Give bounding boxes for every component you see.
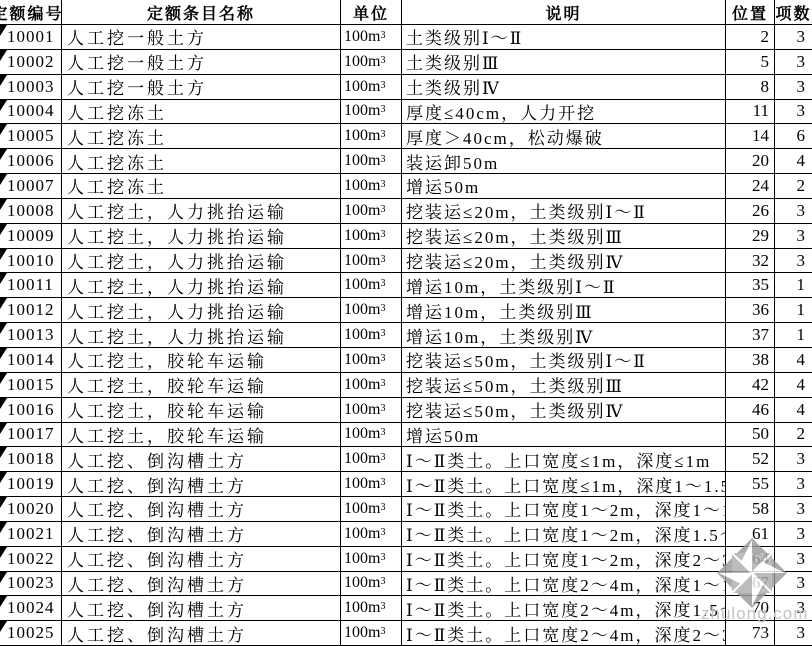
unit-cell: 100m3 — [341, 100, 402, 124]
quota-code-cell: 10025 — [0, 621, 62, 645]
table-row: 10019 人工挖、倒沟槽土方 100m3 Ⅰ～Ⅱ类土。上口宽度≤1m，深度1～… — [0, 472, 812, 497]
count-cell: 4 — [775, 149, 812, 173]
column-header-unit-label: 单位 — [353, 1, 389, 24]
description-cell: 挖装运≤50m，土类级别Ⅲ — [402, 373, 726, 397]
position-cell: 61 — [726, 522, 775, 546]
position-cell: 36 — [726, 298, 775, 322]
description-cell: 厚度≤40cm，人力开挖 — [402, 100, 726, 124]
count-cell: 3 — [775, 100, 812, 124]
unit-cell: 100m3 — [341, 249, 402, 273]
quota-name-cell: 人工挖一般土方 — [62, 50, 341, 74]
quota-code-cell: 10018 — [0, 447, 62, 471]
column-header-count: 项数 — [775, 0, 812, 24]
position-cell: 64 — [726, 547, 775, 571]
description-cell: Ⅰ～Ⅱ类土。上口宽度2～4m，深度1.5～2m — [402, 596, 726, 620]
count-cell: 3 — [775, 621, 812, 645]
unit-cell: 100m3 — [341, 25, 402, 49]
table-row: 10008 人工挖土，人力挑抬运输 100m3 挖装运≤20m，土类级别Ⅰ～Ⅱ … — [0, 199, 812, 224]
column-header-name: 定额条目名称 — [62, 0, 341, 24]
quota-code-cell: 10016 — [0, 398, 62, 422]
position-cell: 14 — [726, 124, 775, 148]
count-cell: 3 — [775, 547, 812, 571]
unit-cell: 100m3 — [341, 423, 402, 447]
unit-cell: 100m3 — [341, 149, 402, 173]
quota-name-cell: 人工挖土，胶轮车运输 — [62, 398, 341, 422]
unit-cell: 100m3 — [341, 75, 402, 99]
description-cell: 挖装运≤20m，土类级别Ⅰ～Ⅱ — [402, 199, 726, 223]
table-row: 10020 人工挖、倒沟槽土方 100m3 Ⅰ～Ⅱ类土。上口宽度1～2m，深度1… — [0, 497, 812, 522]
table-row: 10021 人工挖、倒沟槽土方 100m3 Ⅰ～Ⅱ类土。上口宽度1～2m，深度1… — [0, 522, 812, 547]
quota-name-cell: 人工挖土，人力挑抬运输 — [62, 249, 341, 273]
table-row: 10012 人工挖土，人力挑抬运输 100m3 增运10m，土类级别Ⅲ 36 1 — [0, 298, 812, 323]
count-cell: 3 — [775, 249, 812, 273]
count-cell: 3 — [775, 447, 812, 471]
count-cell: 1 — [775, 298, 812, 322]
quota-code-cell: 10004 — [0, 100, 62, 124]
count-cell: 1 — [775, 273, 812, 297]
position-cell: 35 — [726, 273, 775, 297]
table-row: 10011 人工挖土，人力挑抬运输 100m3 增运10m，土类级别Ⅰ～Ⅱ 35… — [0, 273, 812, 298]
unit-cell: 100m3 — [341, 224, 402, 248]
quota-name-cell: 人工挖土，人力挑抬运输 — [62, 199, 341, 223]
description-cell: Ⅰ～Ⅱ类土。上口宽度≤1m，深度≤1m — [402, 447, 726, 471]
description-cell: 装运卸50m — [402, 149, 726, 173]
table-row: 10004 人工挖冻土 100m3 厚度≤40cm，人力开挖 11 3 — [0, 100, 812, 125]
table-row: 10013 人工挖土，人力挑抬运输 100m3 增运10m，土类级别Ⅳ 37 1 — [0, 323, 812, 348]
table-row: 10015 人工挖土，胶轮车运输 100m3 挖装运≤50m，土类级别Ⅲ 42 … — [0, 373, 812, 398]
count-cell: 3 — [775, 596, 812, 620]
description-cell: Ⅰ～Ⅱ类土。上口宽度≤1m，深度1～1.5m — [402, 472, 726, 496]
quota-code-cell: 10010 — [0, 249, 62, 273]
unit-cell: 100m3 — [341, 273, 402, 297]
unit-cell: 100m3 — [341, 323, 402, 347]
count-cell: 3 — [775, 572, 812, 596]
count-cell: 4 — [775, 398, 812, 422]
unit-cell: 100m3 — [341, 373, 402, 397]
quota-code-cell: 10021 — [0, 522, 62, 546]
unit-cell: 100m3 — [341, 621, 402, 645]
position-cell: 29 — [726, 224, 775, 248]
count-cell: 3 — [775, 25, 812, 49]
unit-cell: 100m3 — [341, 298, 402, 322]
quota-name-cell: 人工挖冻土 — [62, 149, 341, 173]
column-header-position-label: 位置 — [732, 1, 768, 24]
position-cell: 58 — [726, 497, 775, 521]
quota-name-cell: 人工挖土，胶轮车运输 — [62, 348, 341, 372]
description-cell: 增运10m，土类级别Ⅳ — [402, 323, 726, 347]
count-cell: 3 — [775, 199, 812, 223]
table-row: 10010 人工挖土，人力挑抬运输 100m3 挖装运≤20m，土类级别Ⅳ 32… — [0, 249, 812, 274]
count-cell: 1 — [775, 323, 812, 347]
quota-name-cell: 人工挖冻土 — [62, 124, 341, 148]
count-cell: 3 — [775, 224, 812, 248]
description-cell: 土类级别Ⅰ～Ⅱ — [402, 25, 726, 49]
description-cell: Ⅰ～Ⅱ类土。上口宽度2～4m，深度2～3m — [402, 621, 726, 645]
position-cell: 24 — [726, 174, 775, 198]
position-cell: 37 — [726, 323, 775, 347]
table-row: 10016 人工挖土，胶轮车运输 100m3 挖装运≤50m，土类级别Ⅳ 46 … — [0, 398, 812, 423]
column-header-count-label: 项数 — [775, 1, 811, 24]
quota-name-cell: 人工挖冻土 — [62, 100, 341, 124]
table-header-row: 定额编号 定额条目名称 单位 说明 位置 项数 — [0, 0, 812, 25]
column-header-description-label: 说明 — [545, 1, 581, 24]
column-header-description: 说明 — [402, 0, 726, 24]
quota-name-cell: 人工挖土，胶轮车运输 — [62, 373, 341, 397]
column-header-code-label: 定额编号 — [0, 1, 62, 24]
count-cell: 3 — [775, 75, 812, 99]
quota-code-cell: 10001 — [0, 25, 62, 49]
unit-cell: 100m3 — [341, 596, 402, 620]
position-cell: 73 — [726, 621, 775, 645]
quota-code-cell: 10006 — [0, 149, 62, 173]
quota-name-cell: 人工挖、倒沟槽土方 — [62, 472, 341, 496]
quota-code-cell: 10023 — [0, 572, 62, 596]
column-header-unit: 单位 — [341, 0, 402, 24]
quota-name-cell: 人工挖土，人力挑抬运输 — [62, 224, 341, 248]
count-cell: 3 — [775, 522, 812, 546]
unit-cell: 100m3 — [341, 522, 402, 546]
position-cell: 55 — [726, 472, 775, 496]
description-cell: 挖装运≤20m，土类级别Ⅳ — [402, 249, 726, 273]
table-row: 10024 人工挖、倒沟槽土方 100m3 Ⅰ～Ⅱ类土。上口宽度2～4m，深度1… — [0, 596, 812, 621]
count-cell: 3 — [775, 472, 812, 496]
quota-code-cell: 10019 — [0, 472, 62, 496]
description-cell: 土类级别Ⅳ — [402, 75, 726, 99]
unit-cell: 100m3 — [341, 472, 402, 496]
quota-name-cell: 人工挖一般土方 — [62, 75, 341, 99]
description-cell: 厚度＞40cm，松动爆破 — [402, 124, 726, 148]
quota-name-cell: 人工挖、倒沟槽土方 — [62, 596, 341, 620]
quota-name-cell: 人工挖、倒沟槽土方 — [62, 522, 341, 546]
column-header-position: 位置 — [726, 0, 775, 24]
position-cell: 70 — [726, 596, 775, 620]
quota-code-cell: 10011 — [0, 273, 62, 297]
quota-code-cell: 10014 — [0, 348, 62, 372]
column-header-code: 定额编号 — [0, 0, 62, 24]
quota-name-cell: 人工挖、倒沟槽土方 — [62, 621, 341, 645]
quota-code-cell: 10022 — [0, 547, 62, 571]
unit-cell: 100m3 — [341, 398, 402, 422]
unit-cell: 100m3 — [341, 547, 402, 571]
quota-name-cell: 人工挖土，人力挑抬运输 — [62, 323, 341, 347]
quota-name-cell: 人工挖、倒沟槽土方 — [62, 497, 341, 521]
count-cell: 2 — [775, 174, 812, 198]
position-cell: 32 — [726, 249, 775, 273]
quota-code-cell: 10020 — [0, 497, 62, 521]
unit-cell: 100m3 — [341, 447, 402, 471]
unit-cell: 100m3 — [341, 497, 402, 521]
unit-cell: 100m3 — [341, 124, 402, 148]
quota-code-cell: 10002 — [0, 50, 62, 74]
description-cell: Ⅰ～Ⅱ类土。上口宽度1～2m，深度2～3m — [402, 547, 726, 571]
count-cell: 3 — [775, 50, 812, 74]
quota-code-cell: 10012 — [0, 298, 62, 322]
quota-code-cell: 10009 — [0, 224, 62, 248]
quota-code-cell: 10003 — [0, 75, 62, 99]
quota-table: 定额编号 定额条目名称 单位 说明 位置 项数 10001 人工挖一般土方 10… — [0, 0, 812, 646]
table-row: 10017 人工挖土，胶轮车运输 100m3 增运50m 50 2 — [0, 423, 812, 448]
table-row: 10001 人工挖一般土方 100m3 土类级别Ⅰ～Ⅱ 2 3 — [0, 25, 812, 50]
position-cell: 26 — [726, 199, 775, 223]
table-row: 10006 人工挖冻土 100m3 装运卸50m 20 4 — [0, 149, 812, 174]
quota-code-cell: 10005 — [0, 124, 62, 148]
quota-code-cell: 10015 — [0, 373, 62, 397]
count-cell: 2 — [775, 423, 812, 447]
unit-cell: 100m3 — [341, 572, 402, 596]
position-cell: 20 — [726, 149, 775, 173]
quota-code-cell: 10013 — [0, 323, 62, 347]
table-row: 10003 人工挖一般土方 100m3 土类级别Ⅳ 8 3 — [0, 75, 812, 100]
description-cell: 挖装运≤50m，土类级别Ⅳ — [402, 398, 726, 422]
table-row: 10002 人工挖一般土方 100m3 土类级别Ⅲ 5 3 — [0, 50, 812, 75]
quota-name-cell: 人工挖、倒沟槽土方 — [62, 572, 341, 596]
quota-name-cell: 人工挖一般土方 — [62, 25, 341, 49]
count-cell: 3 — [775, 497, 812, 521]
position-cell: 38 — [726, 348, 775, 372]
description-cell: 土类级别Ⅲ — [402, 50, 726, 74]
description-cell: 挖装运≤20m，土类级别Ⅲ — [402, 224, 726, 248]
table-row: 10005 人工挖冻土 100m3 厚度＞40cm，松动爆破 14 6 — [0, 124, 812, 149]
position-cell: 42 — [726, 373, 775, 397]
quota-code-cell: 10017 — [0, 423, 62, 447]
count-cell: 4 — [775, 373, 812, 397]
description-cell: 增运50m — [402, 174, 726, 198]
table-row: 10014 人工挖土，胶轮车运输 100m3 挖装运≤50m，土类级别Ⅰ～Ⅱ 3… — [0, 348, 812, 373]
column-header-name-label: 定额条目名称 — [147, 1, 255, 24]
description-cell: 增运50m — [402, 423, 726, 447]
count-cell: 4 — [775, 348, 812, 372]
description-cell: 增运10m，土类级别Ⅰ～Ⅱ — [402, 273, 726, 297]
quota-name-cell: 人工挖土，人力挑抬运输 — [62, 273, 341, 297]
quota-name-cell: 人工挖土，胶轮车运输 — [62, 423, 341, 447]
table-row: 10009 人工挖土，人力挑抬运输 100m3 挖装运≤20m，土类级别Ⅲ 29… — [0, 224, 812, 249]
quota-name-cell: 人工挖冻土 — [62, 174, 341, 198]
position-cell: 5 — [726, 50, 775, 74]
quota-name-cell: 人工挖土，人力挑抬运输 — [62, 298, 341, 322]
quota-code-cell: 10024 — [0, 596, 62, 620]
description-cell: 挖装运≤50m，土类级别Ⅰ～Ⅱ — [402, 348, 726, 372]
table-row: 10007 人工挖冻土 100m3 增运50m 24 2 — [0, 174, 812, 199]
position-cell: 8 — [726, 75, 775, 99]
table-row: 10023 人工挖、倒沟槽土方 100m3 Ⅰ～Ⅱ类土。上口宽度2～4m，深度1… — [0, 572, 812, 597]
description-cell: Ⅰ～Ⅱ类土。上口宽度1～2m，深度1.5～2m — [402, 522, 726, 546]
quota-code-cell: 10008 — [0, 199, 62, 223]
unit-cell: 100m3 — [341, 50, 402, 74]
table-row: 10025 人工挖、倒沟槽土方 100m3 Ⅰ～Ⅱ类土。上口宽度2～4m，深度2… — [0, 621, 812, 646]
table-row: 10022 人工挖、倒沟槽土方 100m3 Ⅰ～Ⅱ类土。上口宽度1～2m，深度2… — [0, 547, 812, 572]
position-cell: 67 — [726, 572, 775, 596]
unit-cell: 100m3 — [341, 174, 402, 198]
description-cell: 增运10m，土类级别Ⅲ — [402, 298, 726, 322]
position-cell: 50 — [726, 423, 775, 447]
description-cell: Ⅰ～Ⅱ类土。上口宽度2～4m，深度1～1.5m — [402, 572, 726, 596]
unit-cell: 100m3 — [341, 199, 402, 223]
position-cell: 2 — [726, 25, 775, 49]
position-cell: 52 — [726, 447, 775, 471]
table-row: 10018 人工挖、倒沟槽土方 100m3 Ⅰ～Ⅱ类土。上口宽度≤1m，深度≤1… — [0, 447, 812, 472]
quota-name-cell: 人工挖、倒沟槽土方 — [62, 547, 341, 571]
unit-cell: 100m3 — [341, 348, 402, 372]
quota-name-cell: 人工挖、倒沟槽土方 — [62, 447, 341, 471]
position-cell: 46 — [726, 398, 775, 422]
position-cell: 11 — [726, 100, 775, 124]
description-cell: Ⅰ～Ⅱ类土。上口宽度1～2m，深度1～1.5m — [402, 497, 726, 521]
count-cell: 6 — [775, 124, 812, 148]
quota-code-cell: 10007 — [0, 174, 62, 198]
